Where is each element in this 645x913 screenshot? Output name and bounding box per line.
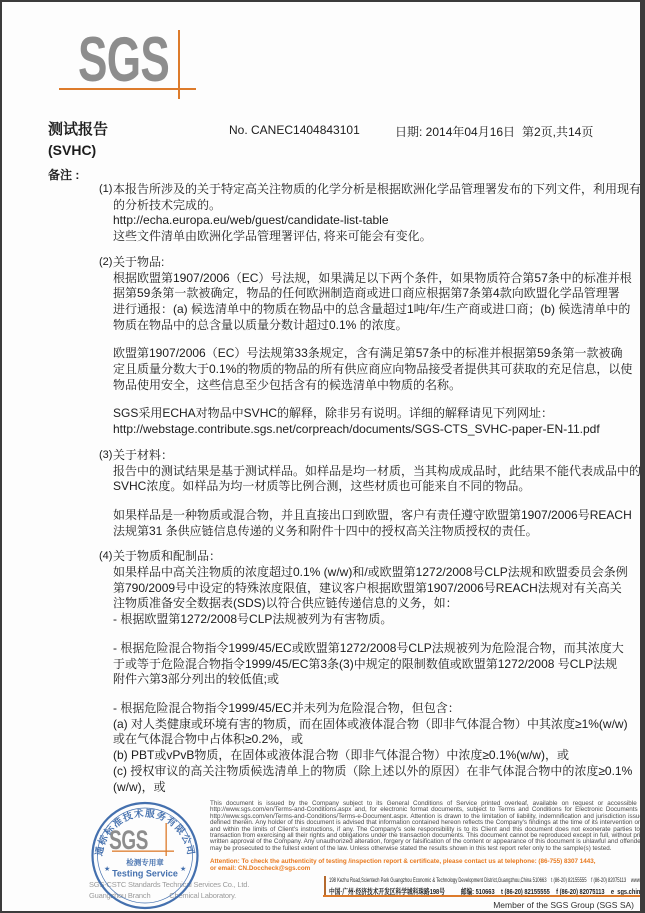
seal-sgs-logo-text: SGS	[109, 825, 148, 855]
note-number: (4)	[99, 549, 113, 795]
seal-star-left: ★	[104, 865, 110, 873]
logo-vertical-line	[178, 30, 180, 99]
footer-divider-line	[323, 895, 642, 897]
report-number: No. CANEC1404843101	[229, 123, 360, 137]
note-paragraph: 关于物质和配制品： 如果样品中高关注物质的浓度超过0.1% (w/w)和/或欧盟…	[113, 549, 614, 628]
report-title: 测试报告	[48, 118, 108, 139]
seal-logo-underline	[112, 851, 174, 852]
sgs-member-line: Member of the SGS Group (SGS SA)	[332, 900, 634, 910]
report-subtitle: (SVHC)	[48, 142, 96, 158]
page-indicator: 第2页,共14页	[522, 123, 593, 140]
note-item-3: (3) 关于材料： 报告中的测试结果是基于测试样品。如样品是均一材质，当其构成成…	[99, 448, 614, 540]
seal-star-right: ★	[180, 865, 186, 873]
note-paragraph: SGS采用ECHA对物品中SVHC的解释，除非另有说明。详细的解释请见下列网址：…	[113, 406, 614, 437]
sgs-logo-text: SGS	[78, 29, 169, 92]
address-divider	[324, 876, 326, 897]
note-text: 关于材料： 报告中的测试结果是基于测试样品。如样品是均一材质，当其构成成品时，此…	[113, 448, 614, 540]
note-item-1: (1) 本报告所涉及的关于特定高关注物质的化学分析是根据欧洲化学品管理署发布的下…	[99, 182, 614, 245]
testing-service-seal: 通标标准技术服务有限公司 ★ ★ SGS 检测专用章 Testing Servi…	[90, 799, 202, 911]
note-paragraph: 关于物品: 根据欧盟第1907/2006（EC）号法规，如果满足以下两个条件，如…	[113, 255, 614, 334]
test-report-page: SGS 测试报告 (SVHC) No. CANEC1404843101 日期: …	[0, 0, 645, 913]
note-paragraph: 欧盟第1907/2006（EC）号法规第33条规定，含有满足第57条中的标准并根…	[113, 346, 614, 393]
note-text: 关于物品: 根据欧盟第1907/2006（EC）号法规，如果满足以下两个条件，如…	[113, 255, 614, 438]
notes-label: 备注 :	[48, 166, 79, 183]
notes-section: (1) 本报告所涉及的关于特定高关注物质的化学分析是根据欧洲化学品管理署发布的下…	[99, 182, 614, 795]
seal-title: 检测专用章	[126, 857, 164, 867]
seal-logo-vertical-line	[166, 823, 167, 856]
note-text: 本报告所涉及的关于特定高关注物质的化学分析是根据欧洲化学品管理署发布的下列文件，…	[113, 182, 614, 245]
note-paragraph: 如果样品是一种物质或混合物，并且直接出口到欧盟，客户有责任遵守欧盟第1907/2…	[113, 508, 614, 539]
disclaimer-text: This document is issued by the Company s…	[210, 801, 645, 852]
seal-subtitle: Testing Service	[112, 869, 178, 879]
note-text: 关于物质和配制品： 如果样品中高关注物质的浓度超过0.1% (w/w)和/或欧盟…	[113, 549, 614, 795]
note-paragraph: - 根据危险混合物指令1999/45/EC或欧盟第1272/2008号CLP法规…	[113, 641, 614, 688]
note-paragraph: - 根据危险混合物指令1999/45/EC并未列为危险混合物，但包含： (a) …	[113, 701, 614, 795]
note-paragraph: 本报告所涉及的关于特定高关注物质的化学分析是根据欧洲化学品管理署发布的下列文件，…	[113, 182, 614, 245]
note-item-2: (2) 关于物品: 根据欧盟第1907/2006（EC）号法规，如果满足以下两个…	[99, 255, 614, 438]
note-number: (1)	[99, 182, 113, 245]
address-english: 198 Kezhu Road,Scientech Park Guangzhou …	[329, 877, 645, 884]
report-date: 日期: 2014年04月16日	[395, 123, 515, 140]
note-paragraph: 关于材料： 报告中的测试结果是基于测试样品。如样品是均一材质，当其构成成品时，此…	[113, 448, 614, 495]
note-number: (3)	[99, 448, 113, 540]
attention-text: Attention: To check the authenticity of …	[210, 858, 645, 872]
note-number: (2)	[99, 255, 113, 438]
note-item-4: (4) 关于物质和配制品： 如果样品中高关注物质的浓度超过0.1% (w/w)和…	[99, 549, 614, 795]
logo-underline	[59, 88, 196, 90]
